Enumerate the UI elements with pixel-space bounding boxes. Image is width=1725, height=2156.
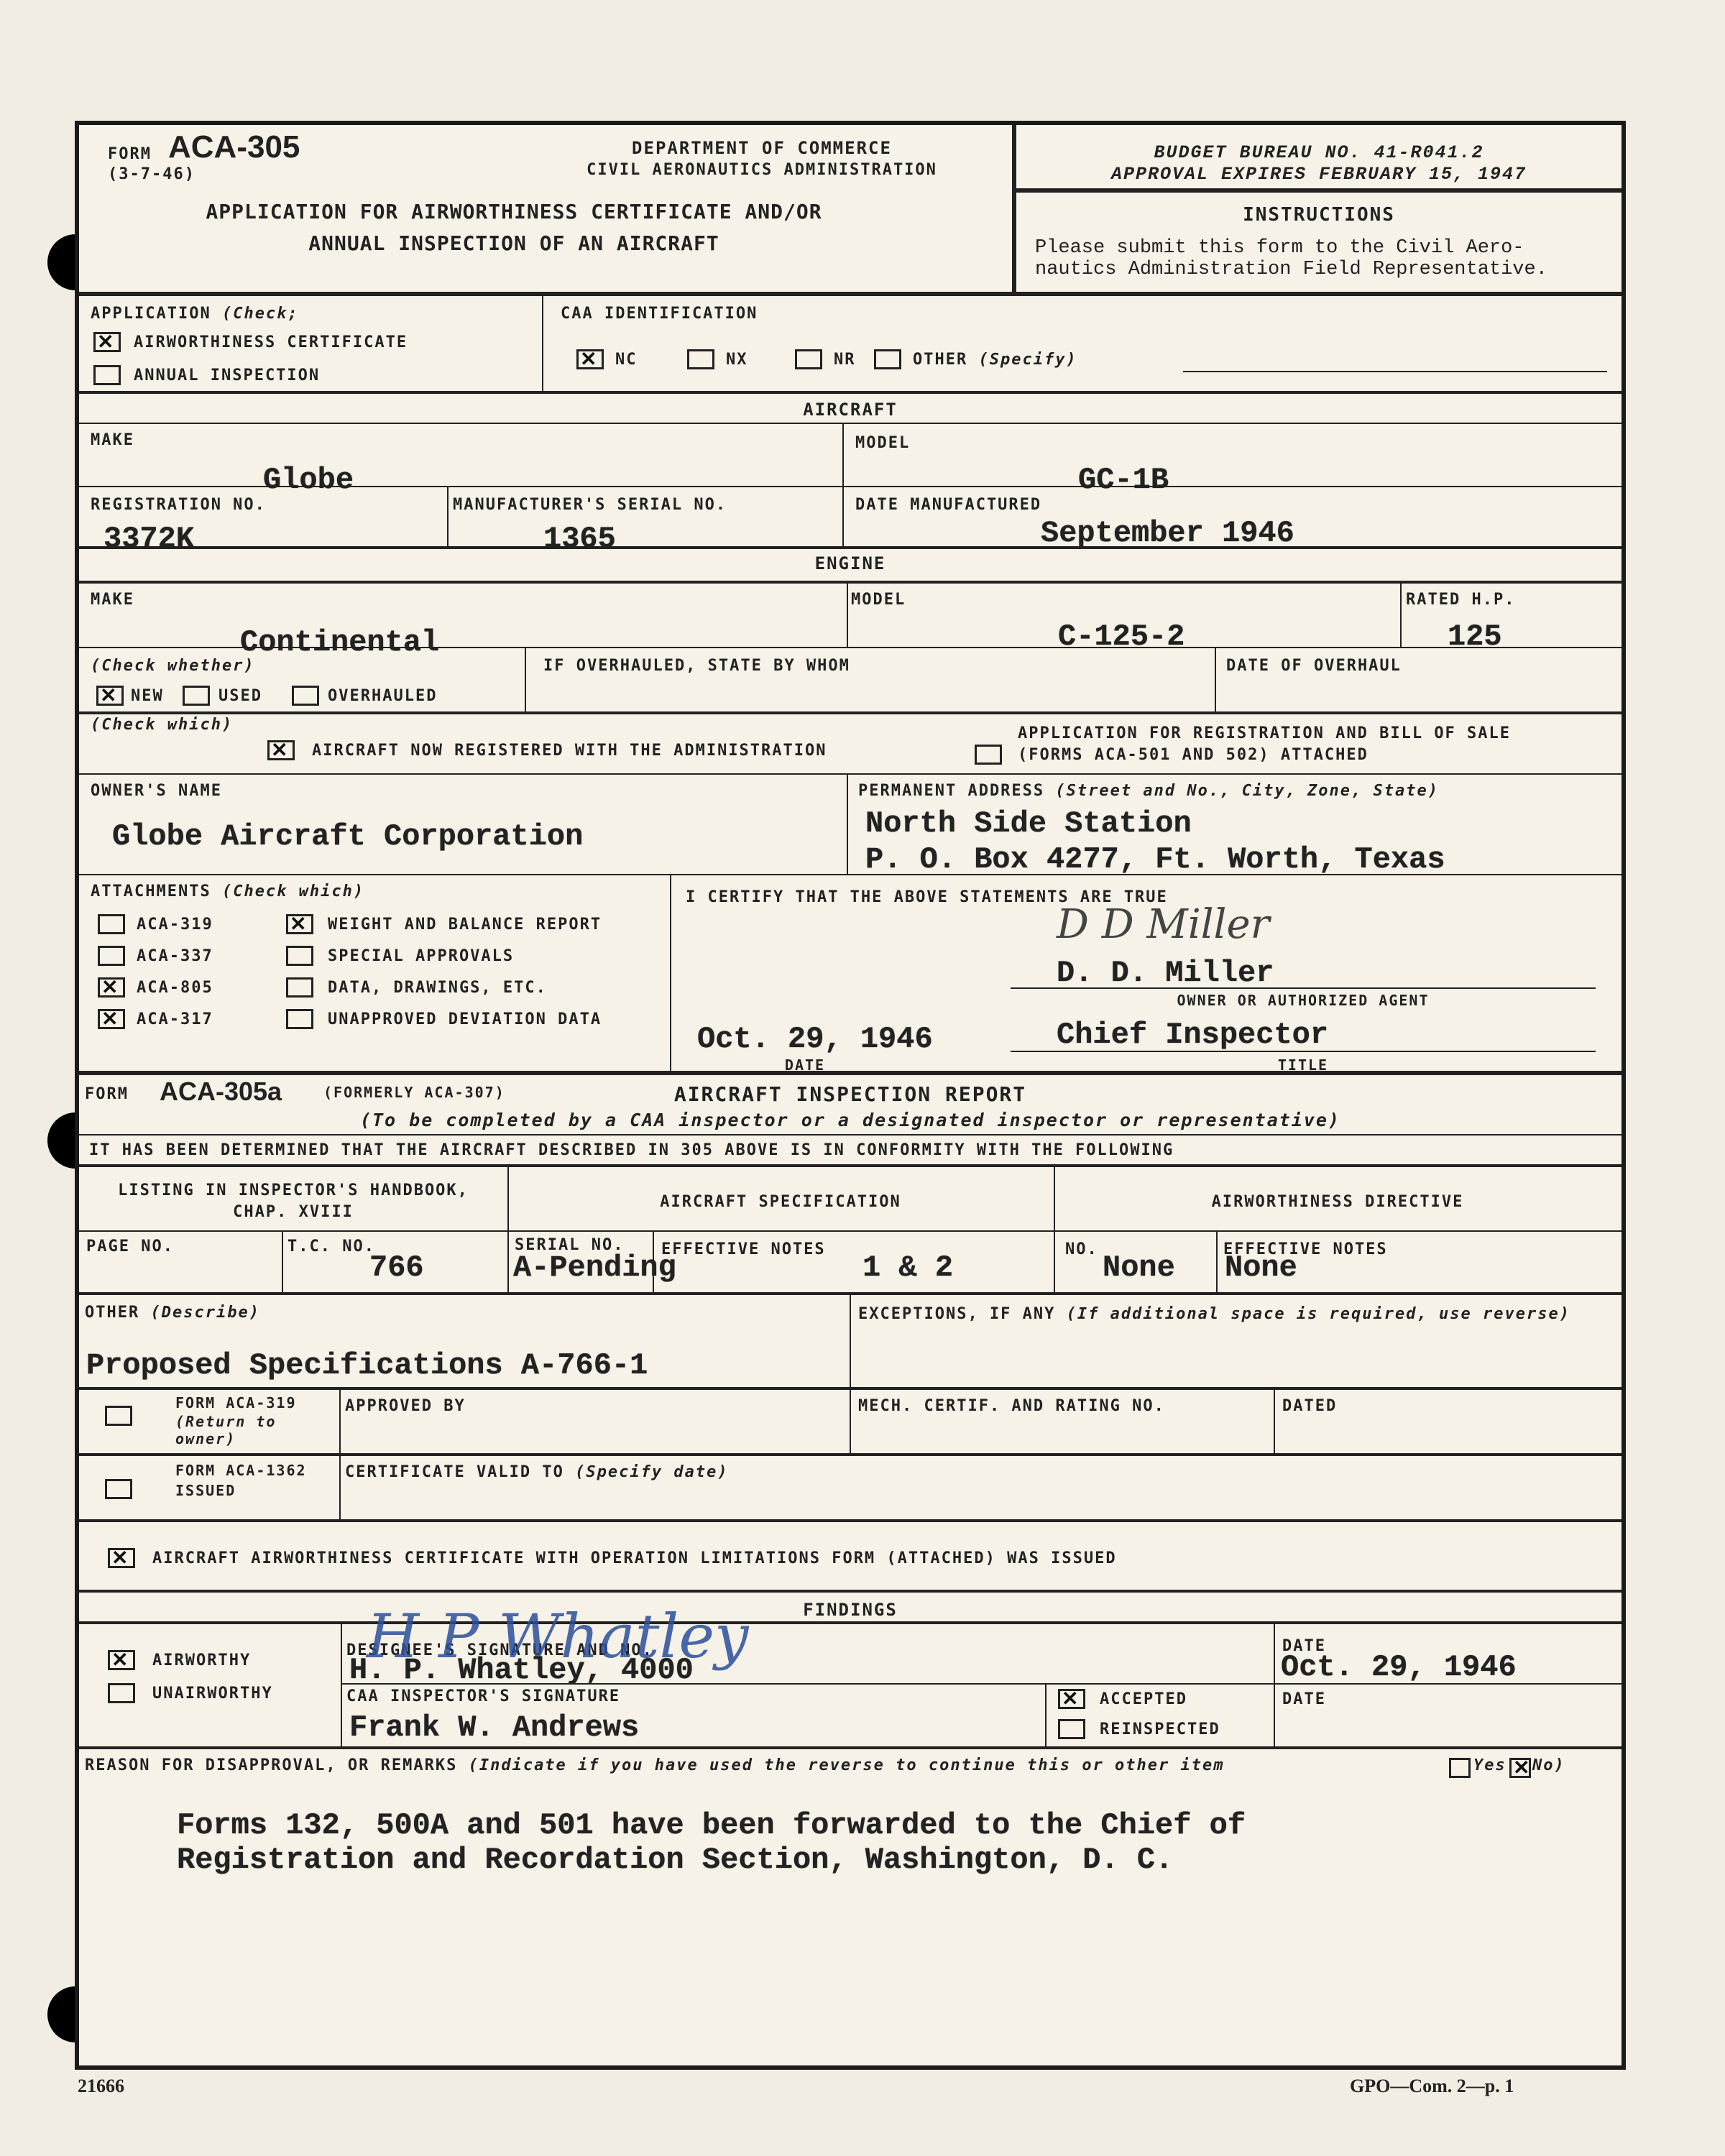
- attachment-aca-317: ACA-317: [137, 1010, 213, 1028]
- option-bill-of-sale-line2: (FORMS ACA-501 AND 502) ATTACHED: [1018, 746, 1368, 764]
- manufacturer-serial-value[interactable]: 1365: [543, 522, 616, 556]
- form-1362-label-line2: ISSUED: [175, 1482, 236, 1499]
- checkbox-data-drawings[interactable]: [286, 977, 313, 998]
- address-line2[interactable]: P. O. Box 4277, Ft. Worth, Texas: [865, 842, 1445, 877]
- checkbox-reinspected[interactable]: [1058, 1719, 1085, 1739]
- checkbox-annual-inspection[interactable]: [93, 365, 121, 385]
- page-no-label: PAGE NO.: [86, 1238, 174, 1256]
- option-nx: NX: [726, 351, 748, 369]
- instructions-line2: nautics Administration Field Representat…: [1035, 259, 1547, 280]
- mech-certif-label: MECH. CERTIF. AND RATING NO.: [858, 1397, 1165, 1415]
- caa-inspector-value[interactable]: Frank W. Andrews: [349, 1710, 639, 1745]
- inspection-report-header: FORM ACA-305a (FORMERLY ACA-307) AIRCRAF…: [79, 1075, 1621, 1133]
- airworthy-label: AIRWORTHY: [152, 1651, 251, 1669]
- aircraft-make-label: MAKE: [91, 431, 134, 449]
- instructions-title: INSTRUCTIONS: [1016, 204, 1621, 226]
- certificate-issued-label: AIRCRAFT AIRWORTHINESS CERTIFICATE WITH …: [152, 1549, 1117, 1567]
- checkbox-aca-805[interactable]: [98, 977, 125, 998]
- aircraft-model-label: MODEL: [855, 434, 910, 452]
- agent-label: OWNER OR AUTHORIZED AGENT: [1011, 992, 1596, 1009]
- checkbox-airworthy[interactable]: [108, 1650, 135, 1670]
- administration: CIVIL AERONAUTICS ADMINISTRATION: [546, 161, 977, 179]
- form-number: ACA-305: [168, 129, 300, 165]
- remarks-section: REASON FOR DISAPPROVAL, OR REMARKS (Indi…: [79, 1748, 1621, 2064]
- ad-effective-notes-value[interactable]: None: [1225, 1250, 1297, 1285]
- checkbox-airworthiness-certificate[interactable]: [93, 332, 121, 352]
- checkbox-new[interactable]: [96, 686, 124, 706]
- other-specify-field[interactable]: [1183, 371, 1607, 372]
- spec-effective-notes-label: EFFECTIVE NOTES: [661, 1240, 826, 1258]
- caa-inspector-label: CAA INSPECTOR'S SIGNATURE: [346, 1687, 620, 1705]
- other-value[interactable]: Proposed Specifications A-766-1: [86, 1348, 648, 1383]
- option-annual-inspection: ANNUAL INSPECTION: [134, 367, 320, 384]
- checkbox-used[interactable]: [183, 686, 210, 706]
- tc-no-label: T.C. NO.: [287, 1238, 375, 1256]
- registration-check-section: (Check which) AIRCRAFT NOW REGISTERED WI…: [79, 713, 1621, 772]
- checkbox-aca-317[interactable]: [98, 1009, 125, 1029]
- inspection-report-subtitle: (To be completed by a CAA inspector or a…: [79, 1110, 1621, 1130]
- form-header: FORM ACA-305 (3-7-46) DEPARTMENT OF COMM…: [79, 125, 1621, 292]
- caa-identification-label: CAA IDENTIFICATION: [561, 305, 758, 323]
- checkbox-unapproved-deviation[interactable]: [286, 1009, 313, 1029]
- form-label: FORM: [108, 145, 152, 163]
- option-other: OTHER (Specify): [913, 351, 1077, 369]
- option-used: USED: [218, 687, 262, 705]
- department: DEPARTMENT OF COMMERCE: [582, 138, 942, 158]
- ad-no-label: NO.: [1065, 1240, 1098, 1258]
- address-line1[interactable]: North Side Station: [865, 806, 1192, 841]
- overhaul-date-label: DATE OF OVERHAUL: [1226, 657, 1402, 675]
- remarks-text-line2[interactable]: Registration and Recordation Section, Wa…: [177, 1843, 1173, 1877]
- conformity-statement: IT HAS BEEN DETERMINED THAT THE AIRCRAFT…: [89, 1141, 1174, 1159]
- owner-section: OWNER'S NAME Globe Aircraft Corporation …: [79, 775, 1621, 874]
- serial-no-value[interactable]: A-Pending: [513, 1250, 676, 1285]
- remarks-yes-label: Yes: [1473, 1756, 1506, 1774]
- permanent-address-label: PERMANENT ADDRESS (Street and No., City,…: [858, 782, 1439, 800]
- checkbox-other[interactable]: [874, 349, 901, 369]
- overhauled-by-label: IF OVERHAULED, STATE BY WHOM: [543, 657, 850, 675]
- engine-model-label: MODEL: [851, 591, 906, 609]
- spec-effective-notes-value[interactable]: 1 & 2: [862, 1250, 953, 1285]
- aircraft-make-value[interactable]: Globe: [263, 463, 354, 497]
- checkbox-certificate-issued[interactable]: [108, 1548, 135, 1568]
- agent-name-value[interactable]: D. D. Miller: [1057, 956, 1274, 990]
- checkbox-nx[interactable]: [687, 349, 714, 369]
- registration-check-label: (Check which): [91, 716, 233, 734]
- checkbox-form-1362[interactable]: [105, 1479, 132, 1499]
- form-319-label-line1: FORM ACA-319: [175, 1394, 297, 1411]
- form-date: (3-7-46): [108, 165, 195, 183]
- reinspected-label: REINSPECTED: [1100, 1720, 1220, 1738]
- registration-no-value[interactable]: 3372K: [103, 522, 194, 556]
- checkbox-bill-of-sale[interactable]: [975, 745, 1002, 765]
- valid-to-label: CERTIFICATE VALID TO (Specify date): [345, 1463, 729, 1481]
- attachment-unapproved-deviation: UNAPPROVED DEVIATION DATA: [328, 1010, 602, 1028]
- form-319-label-line2: (Return to: [175, 1413, 276, 1430]
- engine-make-label: MAKE: [91, 591, 134, 609]
- ad-no-value[interactable]: None: [1103, 1250, 1175, 1285]
- application-label: APPLICATION (Check;: [91, 305, 299, 323]
- remarks-label: REASON FOR DISAPPROVAL, OR REMARKS (Indi…: [85, 1756, 1225, 1774]
- certificate-issued-row: AIRCRAFT AIRWORTHINESS CERTIFICATE WITH …: [79, 1521, 1621, 1590]
- owner-name-value[interactable]: Globe Aircraft Corporation: [112, 819, 583, 854]
- owner-name-label: OWNER'S NAME: [91, 782, 222, 800]
- engine-section: MAKE Continental MODEL C-125-2 RATED H.P…: [79, 582, 1621, 711]
- engine-model-value[interactable]: C-125-2: [1058, 619, 1184, 654]
- findings-section: AIRWORTHY UNAIRWORTHY DESIGNEE'S SIGNATU…: [79, 1623, 1621, 1746]
- form-1362-row: FORM ACA-1362 ISSUED CERTIFICATE VALID T…: [79, 1455, 1621, 1519]
- checkbox-nc[interactable]: [576, 349, 604, 369]
- dated-label: DATED: [1282, 1397, 1337, 1415]
- attachment-weight-balance: WEIGHT AND BALANCE REPORT: [328, 916, 602, 934]
- application-section: APPLICATION (Check; AIRWORTHINESS CERTIF…: [79, 296, 1621, 391]
- attachments-label: ATTACHMENTS (Check which): [91, 883, 364, 900]
- option-airworthiness-certificate: AIRWORTHINESS CERTIFICATE: [134, 333, 408, 351]
- footer-left-code: 21666: [78, 2076, 124, 2097]
- aircraft-section-title: AIRCRAFT: [79, 400, 1621, 420]
- rated-hp-value[interactable]: 125: [1448, 619, 1502, 654]
- form-title-line1: APPLICATION FOR AIRWORTHINESS CERTIFICAT…: [137, 200, 891, 224]
- other-label: OTHER (Describe): [85, 1304, 260, 1322]
- checkbox-aca-337[interactable]: [98, 946, 125, 966]
- aircraft-specification-label: AIRCRAFT SPECIFICATION: [507, 1193, 1054, 1211]
- aircraft-model-value[interactable]: GC-1B: [1078, 463, 1169, 497]
- date1-value[interactable]: Oct. 29, 1946: [1281, 1650, 1517, 1685]
- date-manufactured-label: DATE MANUFACTURED: [855, 496, 1041, 514]
- form-1362-label-line1: FORM ACA-1362: [175, 1462, 307, 1479]
- designee-value[interactable]: H. P. Whatley, 4000: [349, 1653, 694, 1687]
- form-319-label-line3: owner): [175, 1430, 236, 1447]
- option-aircraft-registered: AIRCRAFT NOW REGISTERED WITH THE ADMINIS…: [312, 742, 827, 760]
- checkbox-form-319[interactable]: [105, 1406, 132, 1426]
- checkbox-weight-balance[interactable]: [286, 914, 313, 934]
- attachments-section: ATTACHMENTS (Check which) ACA-319 ACA-33…: [79, 875, 1621, 1071]
- certify-date-value[interactable]: Oct. 29, 1946: [697, 1022, 933, 1056]
- exceptions-label: EXCEPTIONS, IF ANY (If additional space …: [858, 1304, 1577, 1325]
- remarks-no-label: No): [1532, 1756, 1565, 1774]
- option-new: NEW: [131, 687, 164, 705]
- option-bill-of-sale-line1: APPLICATION FOR REGISTRATION AND BILL OF…: [1018, 724, 1511, 742]
- instructions-line1: Please submit this form to the Civil Aer…: [1035, 237, 1524, 259]
- form-319-row: FORM ACA-319 (Return to owner) APPROVED …: [79, 1388, 1621, 1453]
- handbook-label-line2: CHAP. XVIII: [79, 1203, 507, 1221]
- engine-section-title: ENGINE: [79, 553, 1621, 573]
- attachment-special-approvals: SPECIAL APPROVALS: [328, 947, 514, 965]
- attachment-data-drawings: DATA, DRAWINGS, ETC.: [328, 979, 547, 997]
- attachment-aca-337: ACA-337: [137, 947, 213, 965]
- remarks-text-line1[interactable]: Forms 132, 500A and 501 have been forwar…: [177, 1808, 1246, 1843]
- checkbox-remarks-no[interactable]: [1509, 1758, 1531, 1778]
- airworthiness-directive-label: AIRWORTHINESS DIRECTIVE: [1054, 1193, 1621, 1211]
- checkbox-special-approvals[interactable]: [286, 946, 313, 966]
- attachment-aca-319: ACA-319: [137, 916, 213, 934]
- other-exceptions-section: OTHER (Describe) Proposed Specifications…: [79, 1294, 1621, 1387]
- checkbox-aircraft-registered[interactable]: [267, 740, 295, 760]
- owner-signature: D D Miller: [1057, 901, 1269, 948]
- checkbox-aca-319[interactable]: [98, 914, 125, 934]
- tc-no-value[interactable]: 766: [369, 1250, 424, 1285]
- handbook-label-line1: LISTING IN INSPECTOR'S HANDBOOK,: [79, 1181, 507, 1199]
- unairworthy-label: UNAIRWORTHY: [152, 1685, 273, 1703]
- attachment-aca-805: ACA-805: [137, 979, 213, 997]
- registration-no-label: REGISTRATION NO.: [91, 496, 266, 514]
- form-title-line2: ANNUAL INSPECTION OF AN AIRCRAFT: [137, 231, 891, 255]
- option-nr: NR: [834, 351, 856, 369]
- checkbox-nr[interactable]: [795, 349, 822, 369]
- inspection-report-title: AIRCRAFT INSPECTION REPORT: [79, 1082, 1621, 1106]
- checkbox-unairworthy[interactable]: [108, 1683, 135, 1703]
- title-value[interactable]: Chief Inspector: [1057, 1018, 1328, 1052]
- footer-right-code: GPO—Com. 2—p. 1: [1350, 2076, 1514, 2097]
- budget-bureau-no: BUDGET BUREAU NO. 41-R041.2: [1016, 142, 1621, 163]
- accepted-label: ACCEPTED: [1100, 1690, 1187, 1708]
- checkbox-remarks-yes[interactable]: [1449, 1758, 1471, 1778]
- date2-label: DATE: [1282, 1690, 1326, 1708]
- option-overhauled: OVERHAULED: [328, 687, 437, 705]
- findings-section-title: FINDINGS: [79, 1600, 1621, 1620]
- engine-condition-label: (Check whether): [91, 657, 255, 675]
- date-manufactured-value[interactable]: September 1946: [1041, 516, 1294, 550]
- engine-make-value[interactable]: Continental: [240, 625, 439, 660]
- form-aca-305: FORM ACA-305 (3-7-46) DEPARTMENT OF COMM…: [75, 121, 1626, 2070]
- option-nc: NC: [615, 351, 638, 369]
- checkbox-accepted[interactable]: [1058, 1689, 1085, 1709]
- rated-hp-label: RATED H.P.: [1406, 591, 1515, 609]
- checkbox-overhauled[interactable]: [292, 686, 319, 706]
- approval-expires: APPROVAL EXPIRES FEBRUARY 15, 1947: [1016, 164, 1621, 185]
- manufacturer-serial-label: MANUFACTURER'S SERIAL NO.: [453, 496, 727, 514]
- specification-table: LISTING IN INSPECTOR'S HANDBOOK, CHAP. X…: [79, 1166, 1621, 1292]
- approved-by-label: APPROVED BY: [345, 1397, 466, 1415]
